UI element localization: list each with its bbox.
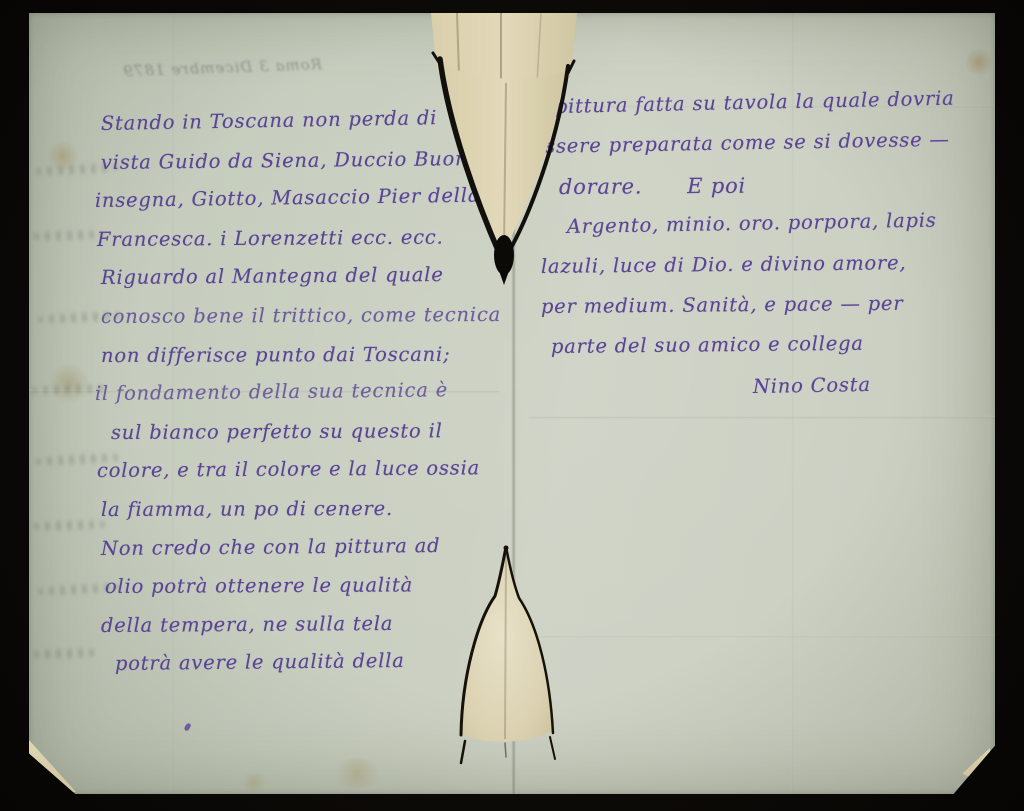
manuscript-line: vista Guido da Siena, Duccio Buon (101, 146, 509, 189)
manuscript-line: olio potrà ottenere le qualità (105, 573, 509, 614)
stain (239, 773, 269, 791)
photo-background: Roma 3 Dicembre 1879 Stando in Toscana n… (0, 0, 1024, 811)
manuscript-line: colore, e tra il colore e la luce ossia (97, 456, 509, 497)
fold-crease-right (529, 416, 995, 418)
manuscript-line: non differisce punto dai Toscani; (101, 342, 509, 382)
manuscript-line: sul bianco perfetto su questo il (111, 419, 509, 460)
manuscript-line: Stando in Toscana non perda di (101, 105, 510, 151)
manuscript-line: Non credo che con la pittura ad (101, 533, 509, 575)
manuscript-line: lazuli, luce di Dio. e divino amore, (541, 250, 977, 295)
show-through-date: Roma 3 Dicembre 1879 (107, 55, 322, 80)
manuscript-line: Francesca. i Lorenzetti ecc. ecc. (97, 225, 509, 266)
center-fold-crease (511, 13, 516, 794)
manuscript-line: Riguardo al Mantegna del quale (101, 263, 509, 305)
folded-corner-bottom-right (961, 748, 993, 788)
stain (963, 49, 995, 75)
manuscript-line: la fiamma, un po di cenere. (101, 497, 509, 537)
letter-sheet: Roma 3 Dicembre 1879 Stando in Toscana n… (29, 13, 995, 794)
show-through-writing (31, 520, 107, 532)
folded-corner-bottom-left (29, 740, 76, 792)
manuscript-line: insegna, Giotto, Masaccio Pier della (95, 183, 509, 227)
signature-nino-costa: Nino Costa (753, 371, 978, 415)
stain (47, 363, 91, 403)
manuscript-line: il fondamento della sua tecnica è (95, 378, 509, 421)
stain (329, 758, 385, 788)
manuscript-line: per medium. Sanità, e pace — per (541, 291, 977, 335)
manuscript-line: essere preparata come se si dovesse — (533, 127, 978, 175)
manuscript-line: conosco bene il trittico, come tecnica (101, 303, 509, 344)
manuscript-line: parte del suo amico e collega (551, 331, 977, 375)
show-through-writing (31, 230, 103, 242)
manuscript-line: della tempera, ne sulla tela (101, 611, 509, 652)
manuscript-line: Argento, minio. oro. porpora, lapis (567, 208, 978, 255)
right-page-text: pittura fatta su tavola la quale dovria … (541, 95, 977, 415)
ink-speck (183, 722, 191, 731)
fold-crease-right-bottom (529, 635, 995, 637)
manuscript-line: potrà avere le qualità della (115, 648, 509, 691)
show-through-writing (31, 648, 101, 659)
left-page-text: Stando in Toscana non perda di vista Gui… (101, 112, 509, 691)
